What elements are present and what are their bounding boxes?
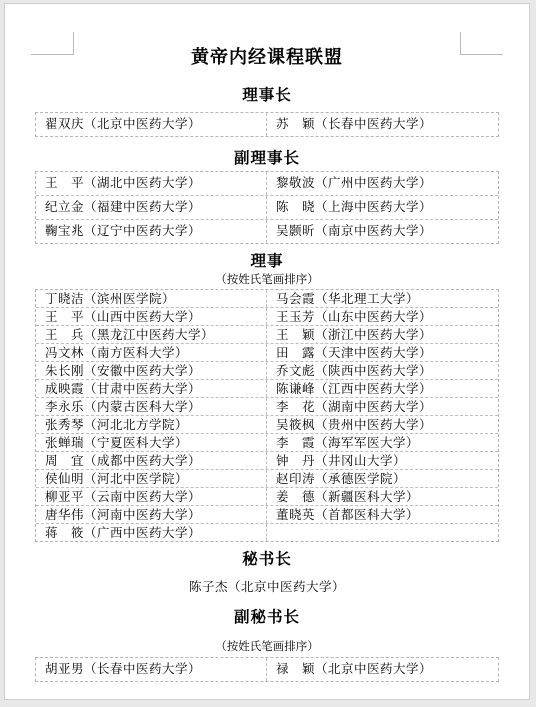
table-row: 张蝉瑞（宁夏医科大学） 李 霞（海军军医大学）	[36, 433, 498, 451]
table-row: 冯文林（南方医科大学） 田 露（天津中医药大学）	[36, 343, 498, 361]
member-cell: 姜 德（新疆医科大学）	[267, 488, 498, 505]
secretary-name: 陈子杰（北京中医药大学）	[5, 580, 529, 594]
member-cell: 李 霞（海军军医大学）	[267, 434, 498, 451]
member-cell: 李 花（湖南中医药大学）	[267, 398, 498, 415]
table-row: 柳亚平（云南中医药大学） 姜 德（新疆医科大学）	[36, 487, 498, 505]
member-cell: 唐华伟（河南中医药大学）	[36, 506, 267, 523]
member-cell: 侯仙明（河北中医学院）	[36, 470, 267, 487]
member-cell: 吴筱枫（贵州中医药大学）	[267, 416, 498, 433]
section-heading-secretary: 秘书长	[5, 550, 529, 570]
member-cell: 王 平（山西中医药大学）	[36, 308, 267, 325]
vice-chairman-table: 王 平（湖北中医药大学） 黎敬波（广州中医药大学） 纪立金（福建中医药大学） 陈…	[35, 171, 499, 244]
member-cell: 乔文彪（陕西中医药大学）	[267, 362, 498, 379]
member-cell: 王 颖（浙江中医药大学）	[267, 326, 498, 343]
member-cell: 王 平（湖北中医药大学）	[36, 172, 267, 195]
sort-order-note: （按姓氏笔画排序）	[5, 640, 529, 654]
member-cell: 李永乐（内蒙古医科大学）	[36, 398, 267, 415]
deputy-secretary-table: 胡亚男（长春中医药大学） 禄 颖（北京中医药大学）	[35, 657, 499, 682]
table-row: 唐华伟（河南中医药大学） 董晓英（首都医科大学）	[36, 505, 498, 523]
member-cell: 张秀琴（河北北方学院）	[36, 416, 267, 433]
section-heading-directors: 理事	[5, 252, 529, 272]
member-cell: 马会霞（华北理工大学）	[267, 290, 498, 307]
section-heading-vice-chairman: 副理事长	[5, 149, 529, 169]
member-cell: 周 宜（成都中医药大学）	[36, 452, 267, 469]
member-cell: 纪立金（福建中医药大学）	[36, 196, 267, 219]
member-cell: 翟双庆（北京中医药大学）	[36, 113, 267, 136]
directors-table: 丁晓洁（滨州医学院） 马会霞（华北理工大学） 王 平（山西中医药大学） 王玉芳（…	[35, 289, 499, 542]
sort-order-note: （按姓氏笔画排序）	[5, 273, 529, 287]
member-cell: 苏 颖（长春中医药大学）	[267, 113, 498, 136]
member-cell: 钟 丹（井冈山大学）	[267, 452, 498, 469]
table-row: 蒋 筱（广西中医药大学）	[36, 523, 498, 541]
member-cell: 冯文林（南方医科大学）	[36, 344, 267, 361]
member-cell: 王 兵（黑龙江中医药大学）	[36, 326, 267, 343]
table-row: 李永乐（内蒙古医科大学） 李 花（湖南中医药大学）	[36, 397, 498, 415]
member-cell: 田 露（天津中医药大学）	[267, 344, 498, 361]
table-row: 翟双庆（北京中医药大学） 苏 颖（长春中医药大学）	[36, 113, 498, 136]
table-row: 王 兵（黑龙江中医药大学） 王 颖（浙江中医药大学）	[36, 325, 498, 343]
member-cell: 朱长刚（安徽中医药大学）	[36, 362, 267, 379]
margin-crop-mark-top-left-icon	[31, 32, 74, 55]
chairman-table: 翟双庆（北京中医药大学） 苏 颖（长春中医药大学）	[35, 112, 499, 137]
margin-crop-mark-top-right-icon	[460, 32, 503, 55]
member-cell: 蒋 筱（广西中医药大学）	[36, 524, 267, 541]
member-cell: 柳亚平（云南中医药大学）	[36, 488, 267, 505]
member-cell: 丁晓洁（滨州医学院）	[36, 290, 267, 307]
document-canvas: 黄帝内经课程联盟 理事长 翟双庆（北京中医药大学） 苏 颖（长春中医药大学） 副…	[0, 0, 536, 707]
table-row: 侯仙明（河北中医学院） 赵印涛（承德医学院）	[36, 469, 498, 487]
member-cell: 张蝉瑞（宁夏医科大学）	[36, 434, 267, 451]
member-cell: 黎敬波（广州中医药大学）	[267, 172, 498, 195]
member-cell: 董晓英（首都医科大学）	[267, 506, 498, 523]
member-cell: 鞠宝兆（辽宁中医药大学）	[36, 220, 267, 243]
table-row: 王 平（湖北中医药大学） 黎敬波（广州中医药大学）	[36, 172, 498, 195]
table-row: 张秀琴（河北北方学院） 吴筱枫（贵州中医药大学）	[36, 415, 498, 433]
table-row: 成映霞（甘肃中医药大学） 陈谦峰（江西中医药大学）	[36, 379, 498, 397]
member-cell: 陈谦峰（江西中医药大学）	[267, 380, 498, 397]
section-heading-chairman: 理事长	[5, 86, 529, 106]
member-cell: 胡亚男（长春中医药大学）	[36, 658, 267, 681]
member-cell: 禄 颖（北京中医药大学）	[267, 658, 498, 681]
member-cell: 成映霞（甘肃中医药大学）	[36, 380, 267, 397]
member-cell: 吴颢昕（南京中医药大学）	[267, 220, 498, 243]
document-page: 黄帝内经课程联盟 理事长 翟双庆（北京中医药大学） 苏 颖（长春中医药大学） 副…	[4, 3, 530, 700]
table-row: 丁晓洁（滨州医学院） 马会霞（华北理工大学）	[36, 290, 498, 307]
member-cell: 赵印涛（承德医学院）	[267, 470, 498, 487]
section-heading-deputy-secretary: 副秘书长	[5, 608, 529, 628]
table-row: 鞠宝兆（辽宁中医药大学） 吴颢昕（南京中医药大学）	[36, 219, 498, 243]
table-row: 胡亚男（长春中医药大学） 禄 颖（北京中医药大学）	[36, 658, 498, 681]
member-cell: 陈 晓（上海中医药大学）	[267, 196, 498, 219]
table-row: 王 平（山西中医药大学） 王玉芳（山东中医药大学）	[36, 307, 498, 325]
member-cell: 王玉芳（山东中医药大学）	[267, 308, 498, 325]
table-row: 周 宜（成都中医药大学） 钟 丹（井冈山大学）	[36, 451, 498, 469]
document-title: 黄帝内经课程联盟	[5, 46, 529, 68]
table-row: 朱长刚（安徽中医药大学） 乔文彪（陕西中医药大学）	[36, 361, 498, 379]
member-cell	[267, 524, 498, 541]
table-row: 纪立金（福建中医药大学） 陈 晓（上海中医药大学）	[36, 195, 498, 219]
